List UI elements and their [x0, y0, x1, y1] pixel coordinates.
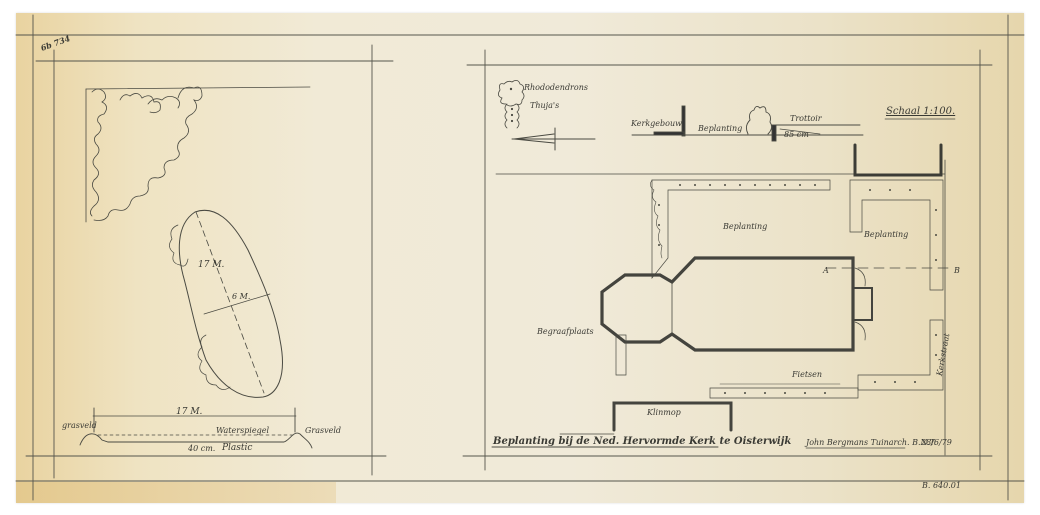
sidewalk-label: Trottoir: [790, 114, 822, 123]
pond-width-label: 6 M.: [232, 292, 250, 301]
author-label: John Bergmans Tuinarch. B.N.T.: [806, 438, 936, 447]
legend-symbols: [498, 80, 524, 128]
legend-thuja-label: Thuja's: [530, 101, 559, 110]
planting-label-1: Beplanting: [723, 222, 767, 231]
pond-length-label: 17 M.: [198, 260, 224, 270]
section-length-label: 17 M.: [176, 407, 202, 417]
scale-label: Schaal 1:100.: [886, 106, 955, 117]
drawing-title: Beplanting bij de Ned. Hervormde Kerk te…: [493, 436, 791, 447]
section-b-marker: B: [954, 266, 960, 275]
building-label: Kerkgebouw: [631, 119, 682, 128]
section-planting-label: Beplanting: [698, 124, 742, 133]
pond-plan: [169, 210, 282, 397]
water-level-label: Waterspiegel: [216, 426, 269, 435]
lane-label: Klinmop: [647, 408, 681, 417]
frame-lines: [16, 15, 1024, 500]
right-bank-label: Grasveld: [305, 426, 341, 435]
section-a-marker: A: [823, 266, 829, 275]
burial-ground-label: Begraafplaats: [537, 327, 594, 336]
archive-number: B. 640.01: [922, 481, 961, 490]
tree-mass-drawing: [86, 87, 310, 222]
planting-label-2: Beplanting: [864, 230, 908, 239]
bicycles-label: Fietsen: [792, 370, 822, 379]
north-arrow-drawing: [512, 128, 595, 150]
left-bank-label: grasveld: [62, 421, 97, 430]
date-label: 28/6/79: [921, 438, 952, 447]
dimension-label: 85 cm: [784, 130, 809, 139]
material-label: Plastic: [222, 443, 252, 453]
depth-label: 40 cm.: [188, 444, 215, 453]
legend-rhododendron-label: Rhododendrons: [524, 83, 588, 92]
site-plan: [496, 145, 950, 455]
